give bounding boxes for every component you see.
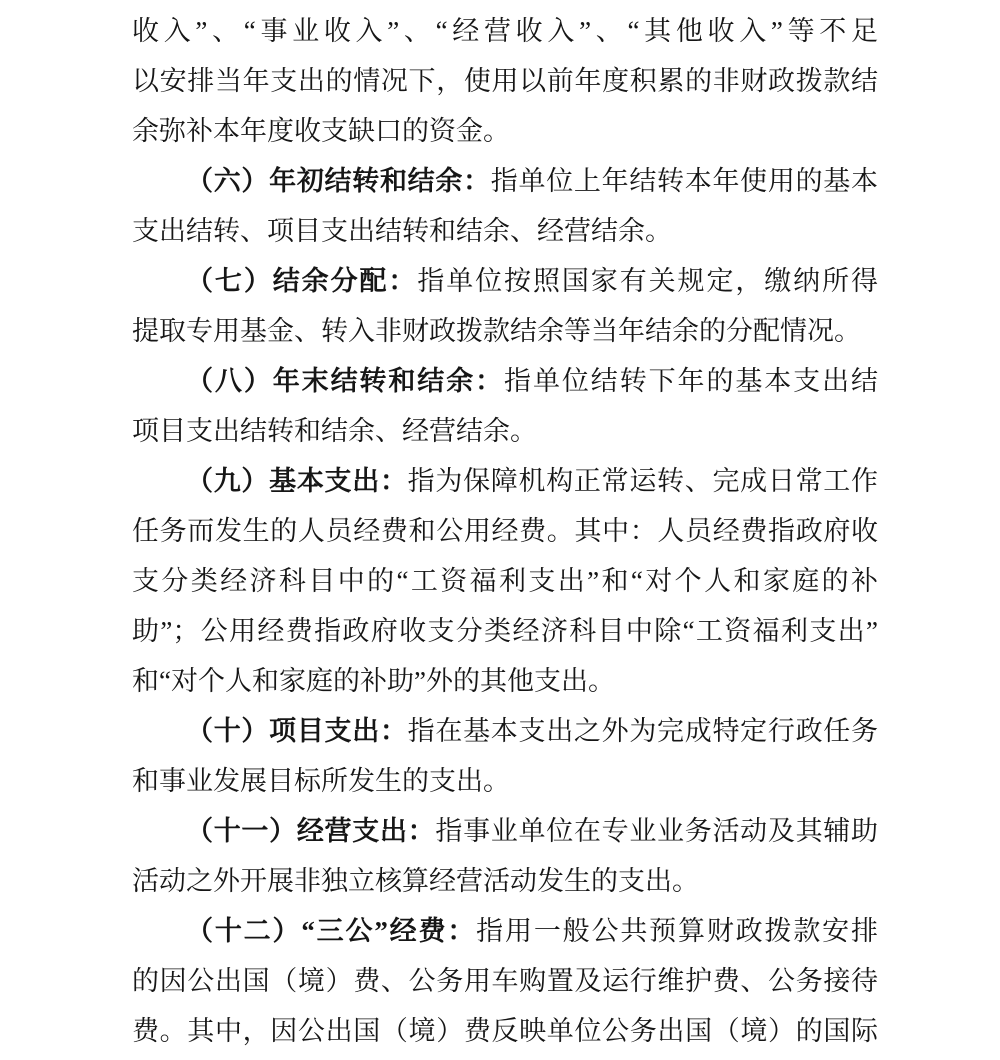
text-line: 和“对个人和家庭的补助”外的其他支出。 bbox=[132, 656, 878, 706]
text-line: （七）结余分配：指单位按照国家有关规定，缴纳所得税、 bbox=[132, 256, 878, 306]
line-text: 和事业发展目标所发生的支出。 bbox=[132, 766, 510, 796]
line-text: 以安排当年支出的情况下，使用以前年度积累的非财政拨款结 bbox=[132, 66, 878, 96]
text-line: 余弥补本年度收支缺口的资金。 bbox=[132, 106, 878, 156]
term-label: （六）年初结转和结余： bbox=[186, 166, 491, 196]
text-line: 支分类经济科目中的“工资福利支出”和“对个人和家庭的补 bbox=[132, 556, 878, 606]
term-label: （九）基本支出： bbox=[186, 466, 408, 496]
text-line: 以安排当年支出的情况下，使用以前年度积累的非财政拨款结 bbox=[132, 56, 878, 106]
line-text: 支分类经济科目中的“工资福利支出”和“对个人和家庭的补 bbox=[132, 566, 878, 596]
text-line: 活动之外开展非独立核算经营活动发生的支出。 bbox=[132, 856, 878, 906]
line-text: 收入”、“事业收入”、“经营收入”、“其他收入”等不足 bbox=[132, 16, 878, 46]
line-text: 余弥补本年度收支缺口的资金。 bbox=[132, 116, 510, 146]
text-line: （八）年末结转和结余：指单位结转下年的基本支出结转、 bbox=[132, 356, 878, 406]
line-text: 活动之外开展非独立核算经营活动发生的支出。 bbox=[132, 866, 699, 896]
line-text: 指单位上年结转本年使用的基本 bbox=[491, 166, 878, 196]
line-text: 指用一般公共预算财政拨款安排 bbox=[476, 916, 878, 946]
line-text: 指为保障机构正常运转、完成日常工作 bbox=[408, 466, 878, 496]
text-line: 费。其中，因公出国（境）费反映单位公务出国（境）的国际 bbox=[132, 1006, 878, 1056]
document-page: 收入”、“事业收入”、“经营收入”、“其他收入”等不足 以安排当年支出的情况下，… bbox=[0, 0, 1000, 1060]
line-text: 的因公出国（境）费、公务用车购置及运行维护费、公务接待 bbox=[132, 966, 878, 996]
body-text: 收入”、“事业收入”、“经营收入”、“其他收入”等不足 以安排当年支出的情况下，… bbox=[132, 6, 878, 1056]
term-label: （十一）经营支出： bbox=[186, 816, 435, 846]
term-label: （八）年末结转和结余： bbox=[186, 366, 504, 396]
term-label: （十）项目支出： bbox=[186, 716, 408, 746]
line-text: 提取专用基金、转入非财政拨款结余等当年结余的分配情况。 bbox=[132, 316, 861, 346]
text-line: 支出结转、项目支出结转和结余、经营结余。 bbox=[132, 206, 878, 256]
line-text: 支出结转、项目支出结转和结余、经营结余。 bbox=[132, 216, 672, 246]
text-line: （十一）经营支出：指事业单位在专业业务活动及其辅助 bbox=[132, 806, 878, 856]
text-line: 任务而发生的人员经费和公用经费。其中：人员经费指政府收 bbox=[132, 506, 878, 556]
text-line: 收入”、“事业收入”、“经营收入”、“其他收入”等不足 bbox=[132, 6, 878, 56]
text-line: （十）项目支出：指在基本支出之外为完成特定行政任务 bbox=[132, 706, 878, 756]
text-line: 助”；公用经费指政府收支分类经济科目中除“工资福利支出” bbox=[132, 606, 878, 656]
line-text: 指在基本支出之外为完成特定行政任务 bbox=[408, 716, 878, 746]
text-line: （九）基本支出：指为保障机构正常运转、完成日常工作 bbox=[132, 456, 878, 506]
line-text: 助”；公用经费指政府收支分类经济科目中除“工资福利支出” bbox=[132, 616, 878, 646]
term-label: （十二）“三公”经费： bbox=[186, 916, 476, 946]
text-line: 项目支出结转和结余、经营结余。 bbox=[132, 406, 878, 456]
line-text: 项目支出结转和结余、经营结余。 bbox=[132, 416, 537, 446]
line-text: 指事业单位在专业业务活动及其辅助 bbox=[435, 816, 878, 846]
line-text: 和“对个人和家庭的补助”外的其他支出。 bbox=[132, 666, 615, 696]
text-line: （十二）“三公”经费：指用一般公共预算财政拨款安排 bbox=[132, 906, 878, 956]
term-label: （七）结余分配： bbox=[186, 266, 417, 296]
text-line: 和事业发展目标所发生的支出。 bbox=[132, 756, 878, 806]
line-text: 任务而发生的人员经费和公用经费。其中：人员经费指政府收 bbox=[132, 516, 878, 546]
text-line: 的因公出国（境）费、公务用车购置及运行维护费、公务接待 bbox=[132, 956, 878, 1006]
text-line: （六）年初结转和结余：指单位上年结转本年使用的基本 bbox=[132, 156, 878, 206]
text-line: 提取专用基金、转入非财政拨款结余等当年结余的分配情况。 bbox=[132, 306, 878, 356]
line-text: 费。其中，因公出国（境）费反映单位公务出国（境）的国际 bbox=[132, 1016, 878, 1046]
